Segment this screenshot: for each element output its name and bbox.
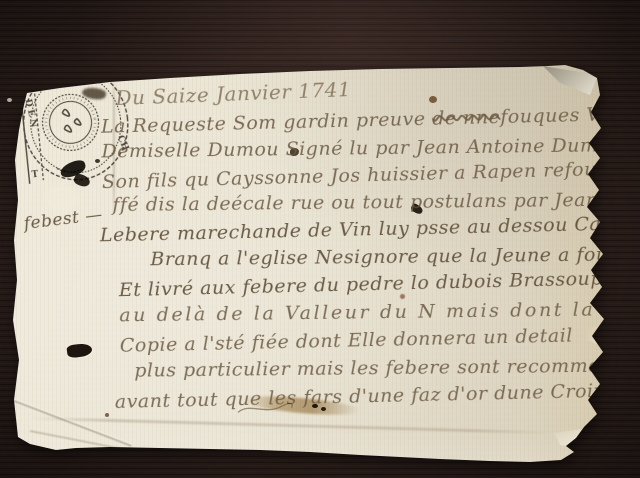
handwritten-line: Du Saize Janvier 1741: [115, 77, 351, 110]
photo-of-manuscript: DEN CH T Du Saize Janvier 1741 La Reques…: [0, 0, 640, 478]
line-segment: fouques Veuve: [500, 102, 640, 128]
manuscript-paper: DEN CH T Du Saize Janvier 1741 La Reques…: [0, 0, 640, 478]
line-segment: La Requeste Som gardin preuve: [101, 108, 433, 138]
handwritten-line: La Requeste Som gardin preuve de nnefouq…: [101, 102, 640, 137]
handwritten-line: avant tout que les fars d'une faz d'or d…: [115, 380, 605, 413]
paper-shadow: DEN CH T Du Saize Janvier 1741 La Reques…: [0, 0, 640, 478]
handwritten-line: plus particulier mais les febere sont re…: [134, 355, 613, 382]
handwritten-line: ffé dis la deécale rue ou tout postulans…: [112, 189, 599, 216]
handwritten-line: Branq a l'eglise Nesignore que la Jeune …: [150, 243, 640, 270]
handwritten-line: Demiselle Dumou Signé lu par Jean Antoin…: [101, 134, 633, 162]
flourish-squiggle: [235, 400, 295, 417]
handwritten-line: Son fils qu Cayssonne Jos huissier a Rap…: [102, 157, 631, 193]
margin-note: febest —: [23, 205, 104, 235]
handwritten-line: au delà de la Valleur du N mais dont la: [119, 298, 595, 326]
handwritten-line: Et livré aux febere du pedre lo dubois B…: [119, 267, 604, 301]
struck-words: de nne: [432, 106, 501, 130]
handwritten-line: Copie a l'sté fiée dont Elle donnera un …: [120, 324, 573, 356]
handwritten-line: Lebere marechande de Vin luy psse au des…: [100, 212, 640, 247]
handwritten-text-block: Du Saize Janvier 1741 La Requeste Som ga…: [0, 0, 640, 478]
